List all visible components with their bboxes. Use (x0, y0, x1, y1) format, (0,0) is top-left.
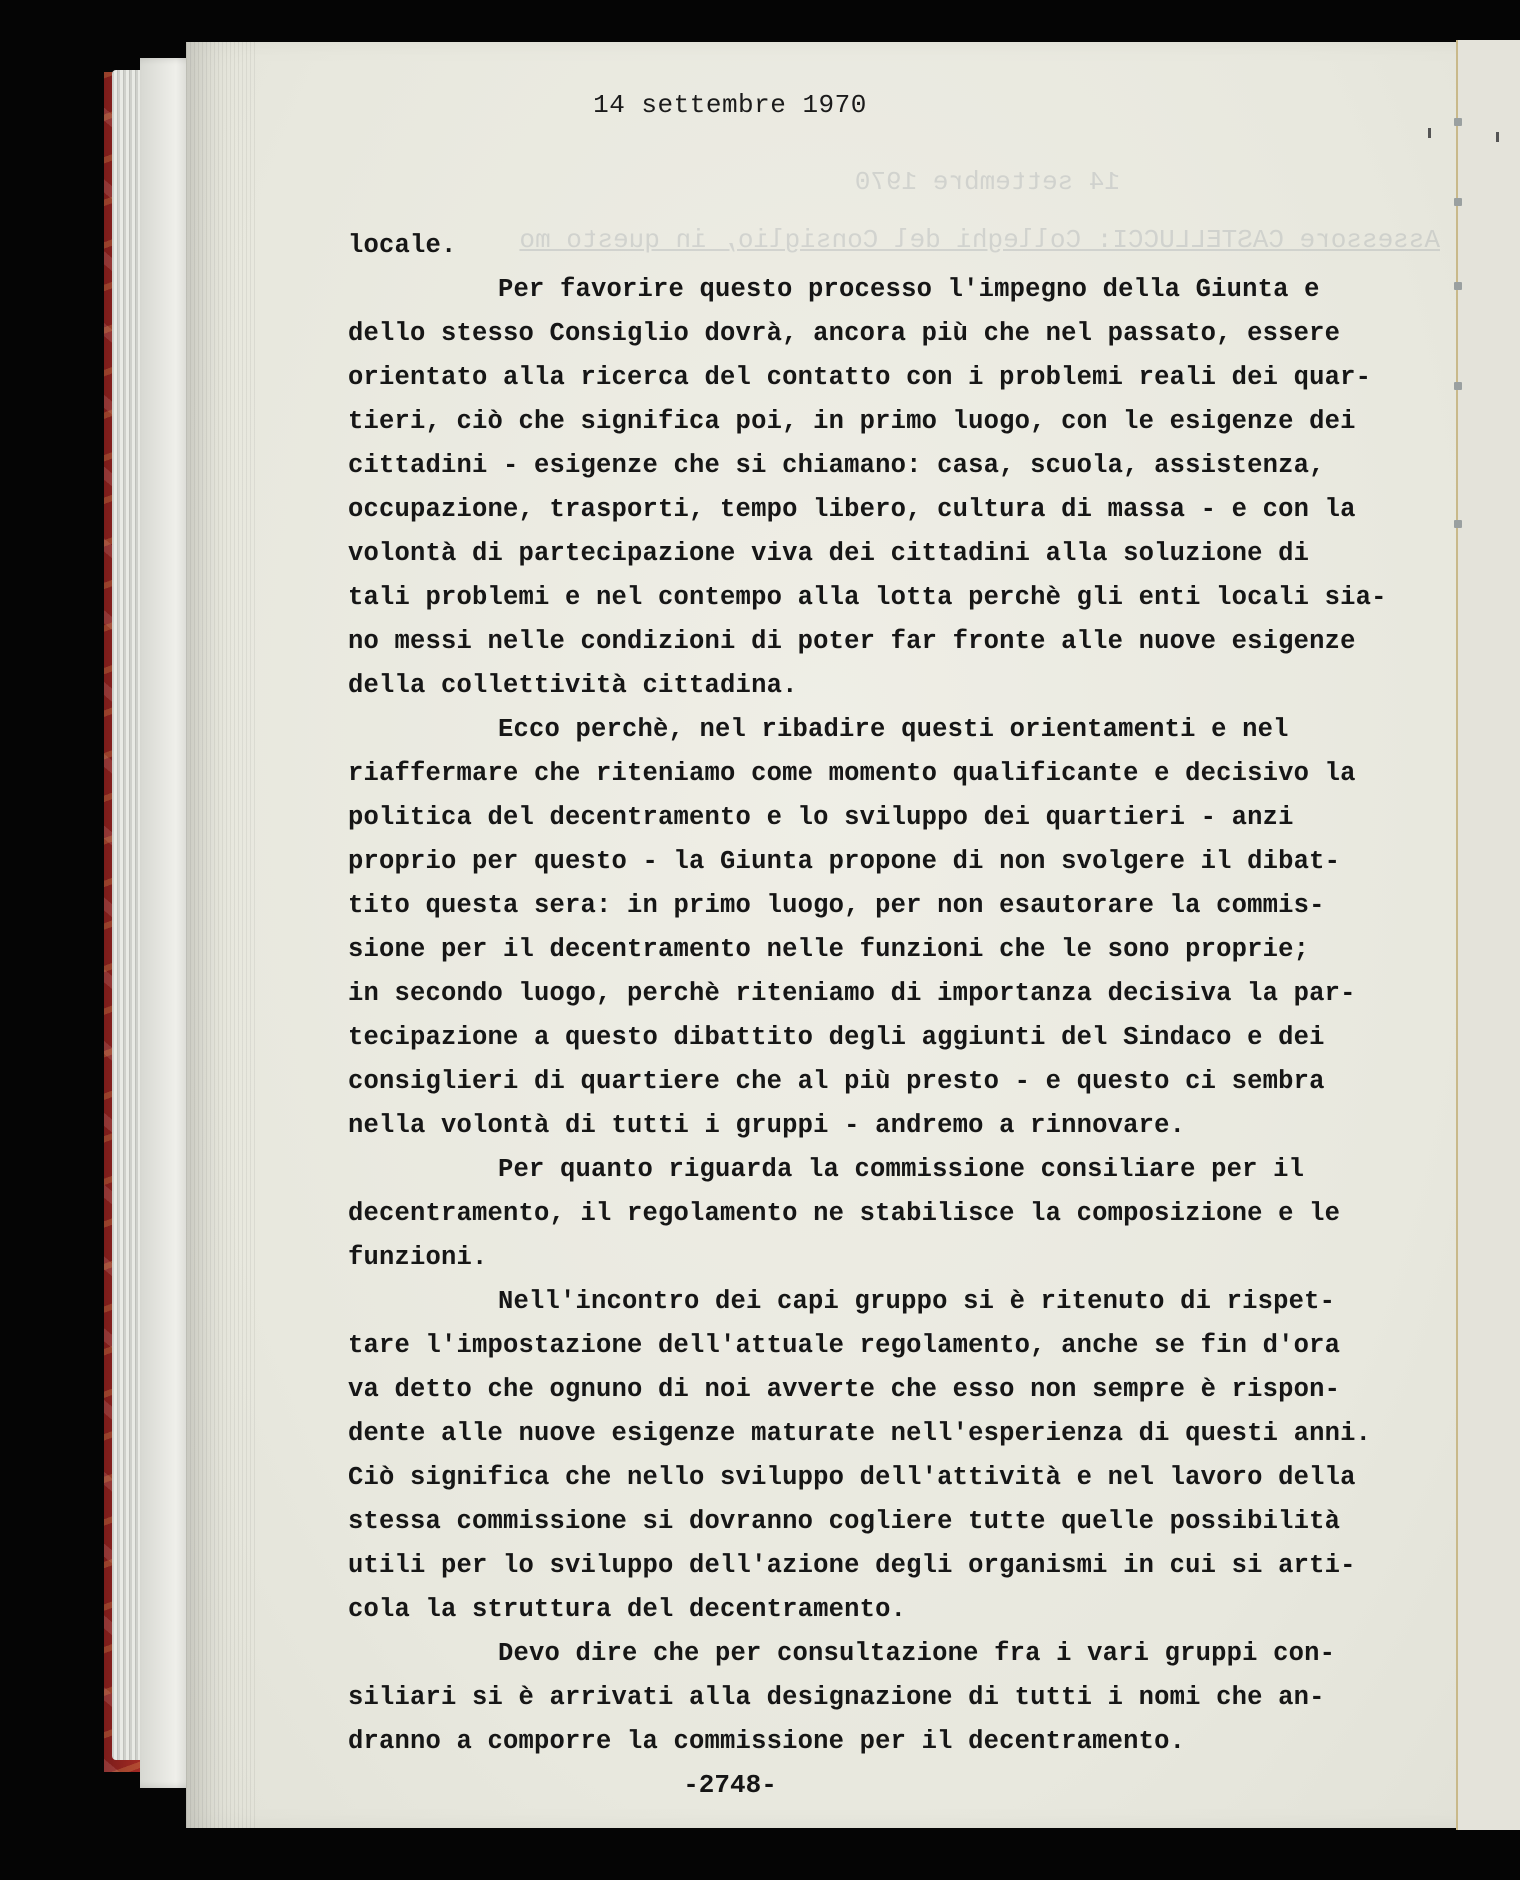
text-line: nella volontà di tutti i gruppi - andrem… (348, 1104, 1308, 1148)
text-line: della collettività cittadina. (348, 664, 1308, 708)
text-line: orientato alla ricerca del contatto con … (348, 356, 1308, 400)
text-line: in secondo luogo, perchè riteniamo di im… (348, 972, 1308, 1016)
text-line: dello stesso Consiglio dovrà, ancora più… (348, 312, 1308, 356)
binding-stitch (1454, 198, 1462, 206)
text-line: tali problemi e nel contempo alla lotta … (348, 576, 1308, 620)
text-line: decentramento, il regolamento ne stabili… (348, 1192, 1308, 1236)
page-gutter-shading (186, 42, 256, 1828)
text-line: siliari si è arrivati alla designazione … (348, 1676, 1308, 1720)
text-line: consiglieri di quartiere che al più pres… (348, 1060, 1308, 1104)
text-line: cola la struttura del decentramento. (348, 1588, 1308, 1632)
text-line: no messi nelle condizioni di poter far f… (348, 620, 1308, 664)
binding-pin (1496, 132, 1499, 142)
text-line: volontà di partecipazione viva dei citta… (348, 532, 1308, 576)
text-line: tieri, ciò che significa poi, in primo l… (348, 400, 1308, 444)
text-line: Devo dire che per consultazione fra i va… (348, 1632, 1308, 1676)
text-line: va detto che ognuno di noi avverte che e… (348, 1368, 1308, 1412)
text-line: tito questa sera: in primo luogo, per no… (348, 884, 1308, 928)
text-line: occupazione, trasporti, tempo libero, cu… (348, 488, 1308, 532)
page-number-text: -2748- (683, 1770, 777, 1800)
document-body: locale.Per favorire questo processo l'im… (348, 224, 1308, 1764)
page-number: -2748- (0, 1770, 1520, 1800)
binding-stitch (1454, 382, 1462, 390)
text-line: riaffermare che riteniamo come momento q… (348, 752, 1308, 796)
page-header: 14 settembre 1970 (0, 90, 1520, 120)
text-line: Ecco perchè, nel ribadire questi orienta… (348, 708, 1308, 752)
text-line: proprio per questo - la Giunta propone d… (348, 840, 1308, 884)
text-line: utili per lo sviluppo dell'azione degli … (348, 1544, 1308, 1588)
text-line: politica del decentramento e lo sviluppo… (348, 796, 1308, 840)
text-line: sione per il decentramento nelle funzion… (348, 928, 1308, 972)
text-line: tecipazione a questo dibattito degli agg… (348, 1016, 1308, 1060)
text-line: locale. (348, 224, 1308, 268)
binding-stitch (1454, 520, 1462, 528)
header-date: 14 settembre 1970 (593, 90, 867, 120)
text-line: dente alle nuove esigenze maturate nell'… (348, 1412, 1308, 1456)
text-line: dranno a comporre la commissione per il … (348, 1720, 1308, 1764)
binding-stitch (1454, 282, 1462, 290)
text-line: stessa commissione si dovranno cogliere … (348, 1500, 1308, 1544)
text-line: funzioni. (348, 1236, 1308, 1280)
text-line: Per favorire questo processo l'impegno d… (348, 268, 1308, 312)
text-line: Ciò significa che nello sviluppo dell'at… (348, 1456, 1308, 1500)
binding-pin (1428, 128, 1431, 138)
facing-page-edge (1456, 40, 1520, 1830)
text-line: Nell'incontro dei capi gruppo si è riten… (348, 1280, 1308, 1324)
text-line: tare l'impostazione dell'attuale regolam… (348, 1324, 1308, 1368)
text-line: Per quanto riguarda la commissione consi… (348, 1148, 1308, 1192)
text-line: cittadini - esigenze che si chiamano: ca… (348, 444, 1308, 488)
